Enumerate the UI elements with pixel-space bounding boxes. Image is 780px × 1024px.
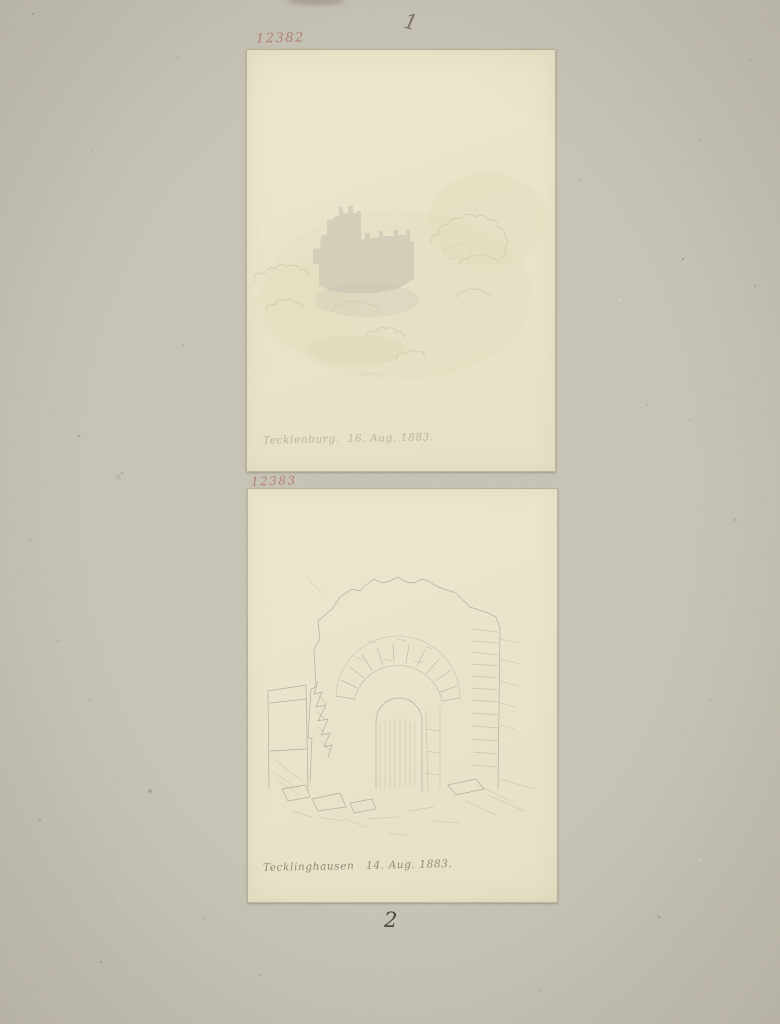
page-number-bottom: 2 bbox=[384, 908, 398, 932]
top-edge-smudge bbox=[287, 0, 345, 5]
ruin-sketch-drawing bbox=[248, 489, 557, 902]
ruin-pencil-strokes bbox=[268, 577, 534, 835]
page-number-top: 1 bbox=[402, 9, 420, 35]
inventory-number-1: 12382 bbox=[256, 30, 305, 46]
sketch-sheet-ruin: Tecklinghausen 14. Aug. 1883. bbox=[247, 488, 558, 903]
inventory-number-2: 12383 bbox=[251, 473, 297, 488]
castle-sketch-drawing bbox=[247, 50, 555, 471]
album-page: 1 12382 bbox=[0, 0, 780, 1024]
sketch-sheet-castle: Tecklenburg. 16. Aug. 1883. bbox=[246, 49, 556, 472]
